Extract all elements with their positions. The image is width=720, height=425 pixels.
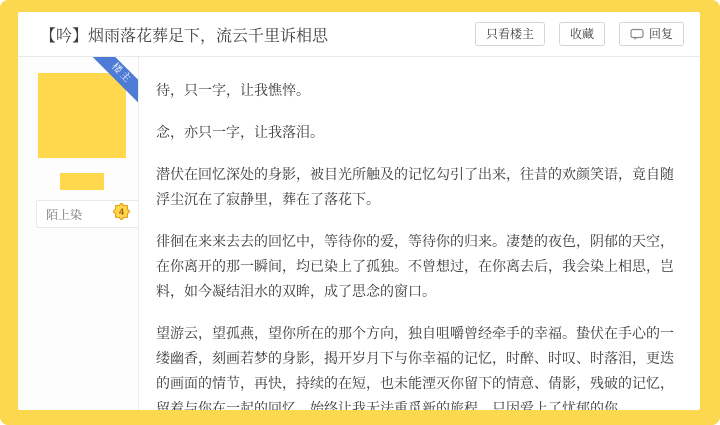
post-paragraph: 潜伏在回忆深处的身影，被目光所触及的记忆勾引了出来，往昔的欢颜笑语，竟自随浮尘沉… [156, 162, 684, 212]
op-ribbon: 楼主 [84, 57, 138, 111]
header-actions: 只看楼主 收藏 回复 [475, 22, 684, 46]
reply-button[interactable]: 回复 [619, 22, 684, 46]
username-placeholder-bar [60, 173, 104, 190]
author-username-link[interactable]: 陌上染 [46, 206, 82, 223]
thread-panel: 【吟】烟雨落花葬足下，流云千里诉相思 只看楼主 收藏 回复 [18, 12, 700, 410]
only-op-button[interactable]: 只看楼主 [475, 22, 545, 46]
author-name-box: 陌上染 4 [36, 200, 139, 228]
reply-button-label: 回复 [649, 27, 673, 41]
post-paragraph: 望游云，望孤燕，望你所在的那个方向，独自咀嚼曾经牵手的幸福。蛰伏在手心的一缕幽香… [156, 321, 684, 410]
post-paragraph: 待，只一字，让我憔悴。 [156, 78, 684, 103]
thread-header: 【吟】烟雨落花葬足下，流云千里诉相思 只看楼主 收藏 回复 [18, 12, 700, 57]
favorite-button-label: 收藏 [570, 27, 594, 41]
post-content: 待，只一字，让我憔悴。 念，亦只一字，让我落泪。 潜伏在回忆深处的身影，被目光所… [139, 57, 700, 410]
page-frame: 【吟】烟雨落花葬足下，流云千里诉相思 只看楼主 收藏 回复 [0, 0, 720, 425]
thread-body: 楼主 陌上染 4 待，只一字，让我憔悴。 念，亦只一字，让我落泪。 [18, 57, 700, 410]
post-paragraph: 念，亦只一字，让我落泪。 [156, 120, 684, 145]
reply-bubble-icon [630, 28, 644, 41]
post-paragraph: 徘徊在来来去去的回忆中，等待你的爱，等待你的归来。凄楚的夜色，阴郁的天空，在你离… [156, 229, 684, 304]
only-op-button-label: 只看楼主 [486, 27, 534, 41]
thread-title: 【吟】烟雨落花葬足下，流云千里诉相思 [40, 23, 475, 46]
level-badge-icon: 4 [113, 203, 130, 225]
favorite-button[interactable]: 收藏 [559, 22, 605, 46]
op-ribbon-label: 楼主 [85, 57, 138, 110]
level-badge-number: 4 [119, 207, 124, 217]
author-sidebar: 楼主 陌上染 4 [18, 57, 139, 410]
